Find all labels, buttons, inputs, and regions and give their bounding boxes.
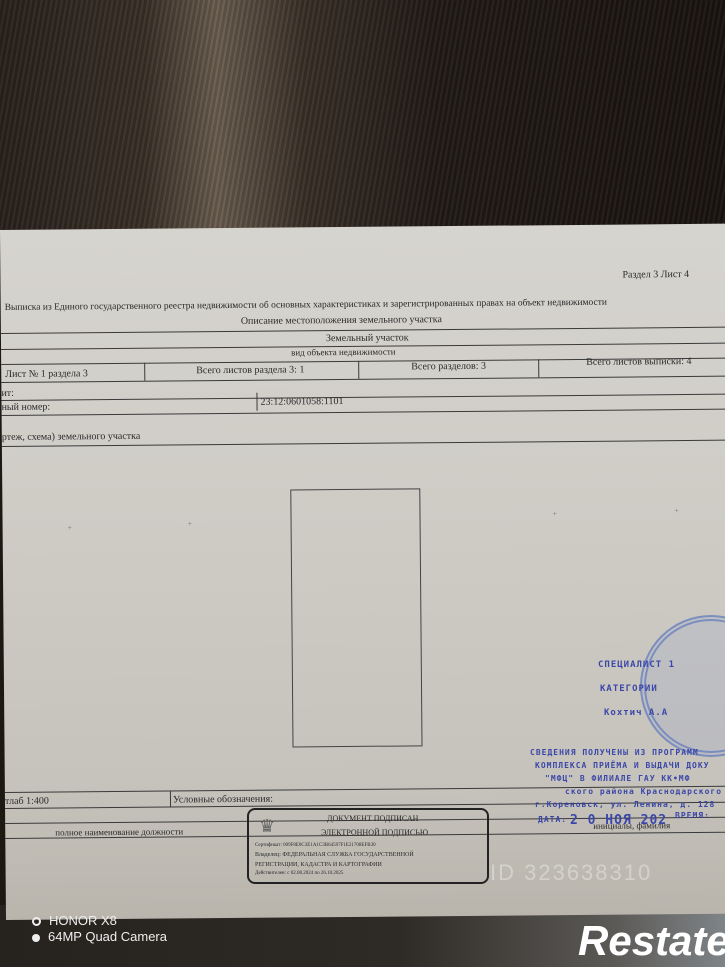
ring-icon: [32, 917, 41, 926]
section-sheet-label: Раздел 3 Лист 4: [622, 269, 689, 281]
camera-lens: 64MP Quad Camera: [32, 929, 167, 944]
stamp-date-label: ДАТА:: [538, 815, 567, 824]
stamp-info-1: СВЕДЕНИЯ ПОЛУЧЕНЫ ИЗ ПРОГРАММ: [530, 748, 699, 757]
legend-label: Условные обозначения:: [173, 794, 273, 806]
coat-of-arms-icon: ♛: [259, 814, 277, 838]
total-sheets-extract: Всего листов выписки: 4: [586, 356, 691, 368]
esign-owner-cont: РЕГИСТРАЦИИ, КАДАСТРА И КАРТОГРАФИИ: [255, 862, 382, 868]
divider: [256, 393, 257, 411]
esign-line-1: ДОКУМЕНТ ПОДПИСАН: [327, 814, 418, 823]
stamp-name: Кохтич А.А: [604, 708, 668, 718]
total-sheets-section: Всего листов раздела 3: 1: [196, 364, 304, 376]
camera-model-text: HONOR X8: [49, 913, 117, 928]
divider: [358, 361, 359, 379]
camera-model: HONOR X8: [32, 913, 117, 928]
electronic-signature-box: ♛ ДОКУМЕНТ ПОДПИСАН ЭЛЕКТРОННОЙ ПОДПИСЬЮ…: [247, 808, 489, 884]
grid-tick: +: [188, 519, 193, 528]
sheet-number: Лист № 1 раздела 3: [5, 368, 88, 380]
stamp-info-4: ского района Краснодарского: [565, 787, 722, 796]
stamp-info-2: КОМПЛЕКСА ПРИЁМА И ВЫДАЧИ ДОКУ: [535, 761, 710, 770]
divider: [170, 791, 171, 807]
esign-validity: Действителен: с 02.08.2024 по 26.10.2025: [255, 871, 343, 876]
grid-tick: +: [674, 506, 679, 515]
divider: [144, 363, 145, 381]
document-title: Выписка из Единого государственного реес…: [5, 298, 607, 313]
object-type-value: Земельный участок: [326, 332, 409, 344]
grid-tick: +: [68, 523, 73, 532]
plan-label: ртеж, схема) земельного участка: [2, 431, 141, 443]
stamp-category: КАТЕГОРИИ: [600, 684, 658, 694]
stamp-date-value: 2 0 НОЯ 202: [570, 813, 667, 828]
land-parcel-outline: [290, 488, 422, 747]
scale-label: тлаб 1:400: [5, 796, 49, 807]
esign-owner: Владелец: ФЕДЕРАЛЬНАЯ СЛУЖБА ГОСУДАРСТВЕ…: [255, 852, 414, 858]
esign-line-2: ЭЛЕКТРОННОЙ ПОДПИСЬЮ: [321, 828, 428, 837]
restate-logo: Restate: [578, 917, 725, 965]
stamp-specialist: СПЕЦИАЛИСТ 1: [598, 660, 675, 670]
rule: [2, 409, 725, 416]
cadastral-label: ный номер:: [2, 402, 51, 413]
esign-certificate: Сертификат: 009F8E0C3E1A1C3B64597F1E2170…: [255, 843, 376, 848]
stamp-time-label: ВРЕМЯ:: [675, 811, 710, 820]
listing-id-watermark: ID 323638310: [490, 860, 652, 886]
object-type-caption: вид объекта недвижимости: [291, 347, 396, 358]
stamp-info-5: г.Кореновск, ул. Ленина, д. 128: [535, 800, 715, 809]
divider: [538, 359, 539, 377]
rule: [1, 394, 725, 401]
stamp-info-3: "МФЦ" В ФИЛИАЛЕ ГАУ КК•МФ: [545, 774, 690, 783]
camera-lens-text: 64MP Quad Camera: [48, 929, 167, 944]
row-label: ит:: [1, 388, 14, 399]
cadastral-number: 23:12:0601058:1101: [260, 396, 343, 408]
rule: [1, 376, 725, 383]
dot-icon: [32, 934, 40, 942]
total-sections: Всего разделов: 3: [411, 361, 486, 373]
document-subtitle: Описание местоположения земельного участ…: [241, 314, 442, 327]
wooden-table-background: [0, 0, 725, 245]
grid-tick: +: [552, 509, 557, 518]
